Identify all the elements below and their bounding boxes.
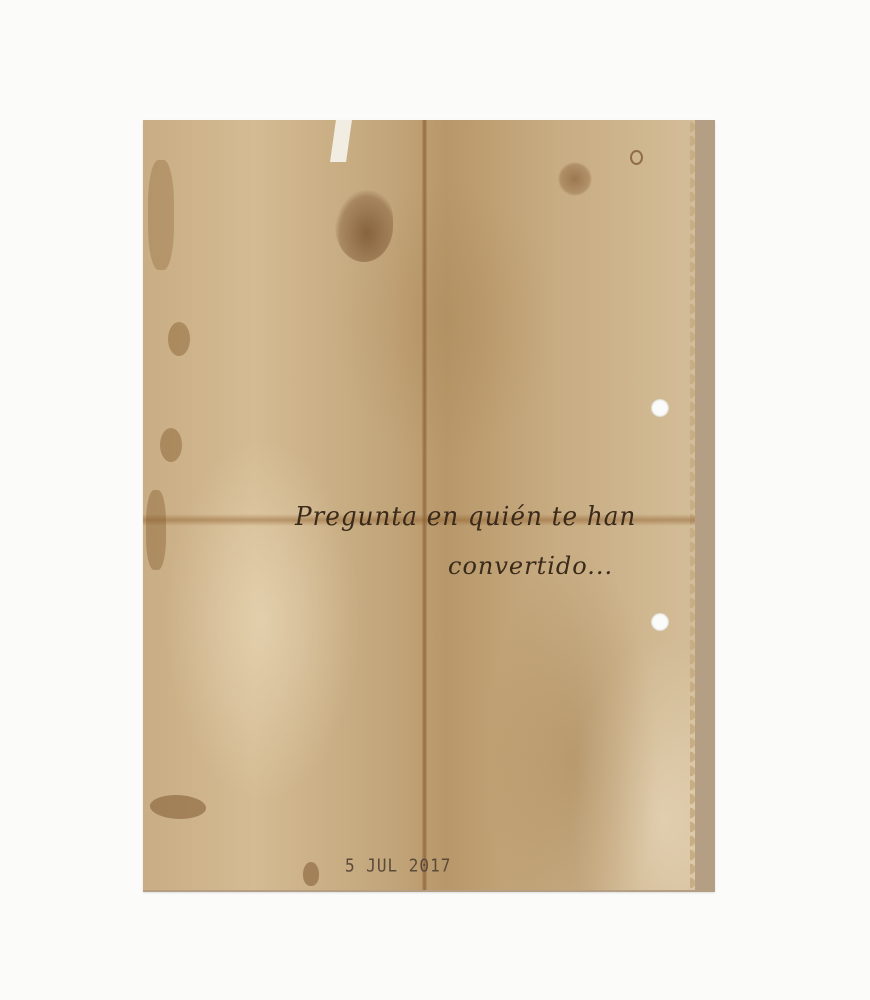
stain-left-edge xyxy=(146,490,166,570)
stain-top-drip xyxy=(335,190,393,262)
punch-hole-top xyxy=(651,399,669,417)
date-stamp: 5 JUL 2017 xyxy=(345,855,451,876)
handwritten-line-2: convertido... xyxy=(448,552,613,580)
stain-left-drop-2 xyxy=(160,428,182,462)
handwritten-line-1: Pregunta en quién te han xyxy=(295,502,636,532)
stain-small-ring xyxy=(630,150,643,165)
punch-hole-bottom xyxy=(651,613,669,631)
stain-bottom-drop xyxy=(303,862,319,886)
stain-left-drop-1 xyxy=(168,322,190,356)
scalloped-edge xyxy=(690,120,702,890)
stain-left-top-edge xyxy=(148,160,174,270)
stain-top-right-ring xyxy=(558,162,592,196)
